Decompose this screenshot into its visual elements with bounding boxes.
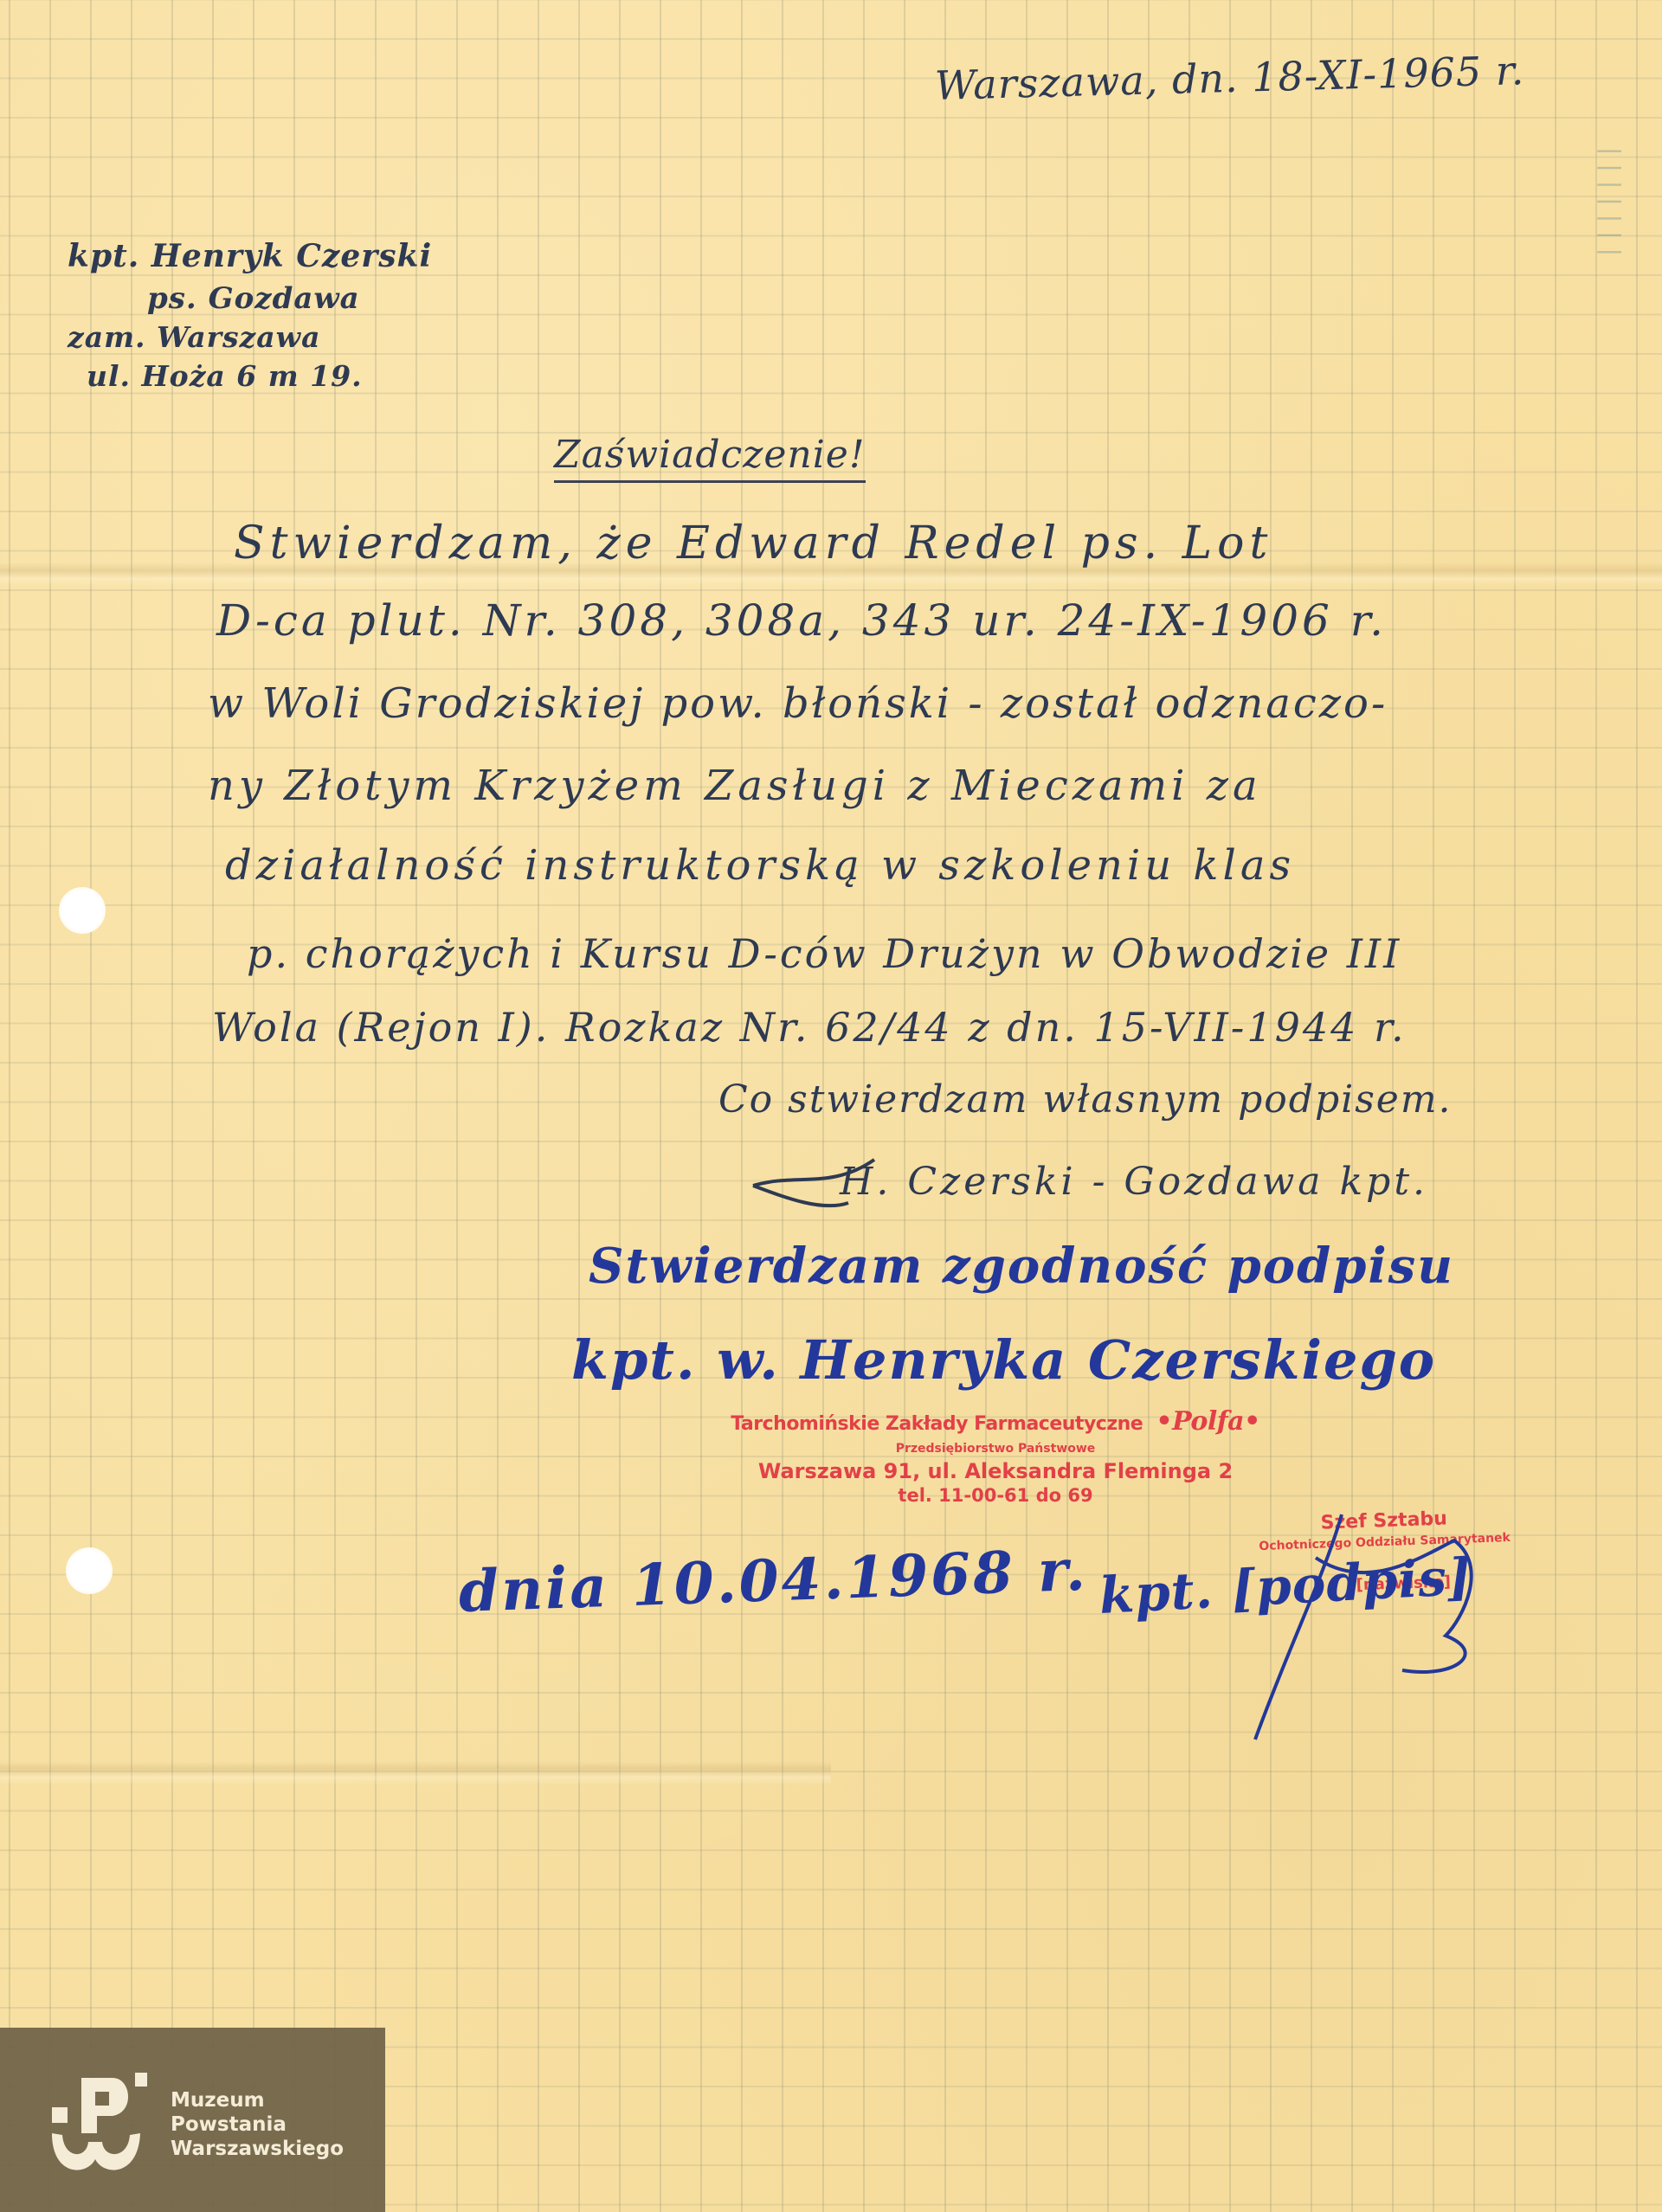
margin-pencil-marks: |||||||	[1591, 147, 1626, 476]
body-line-5: działalność instruktorską w szkoleniu kl…	[225, 841, 1295, 890]
body-line-3: w Woli Grodziskiej pow. błoński - został…	[208, 679, 1388, 728]
document-title: Zaświadczenie!	[554, 433, 866, 483]
body-line-2: D-ca plut. Nr. 308, 308a, 343 ur. 24-IX-…	[216, 595, 1387, 646]
verification-line-2: kpt. w. Henryka Czerskiego	[571, 1328, 1436, 1392]
paper-fold-lower	[0, 1761, 831, 1785]
stamp-polfa-line-4: tel. 11-00-61 do 69	[701, 1485, 1290, 1506]
stamp-polfa-line-2: Przedsiębiorstwo Państwowe	[701, 1442, 1290, 1456]
museum-name-line-2: Powstania	[171, 2112, 344, 2137]
kotwica-anchor-icon	[52, 2073, 147, 2177]
countersignature-flourish	[1229, 1506, 1506, 1748]
sender-line-3: zam. Warszawa	[68, 320, 320, 354]
polfa-stamp: Tarchomińskie Zakłady Farmaceutyczne •Po…	[701, 1406, 1290, 1506]
museum-name: Muzeum Powstania Warszawskiego	[171, 2088, 344, 2161]
sender-line-2: ps. Gozdawa	[147, 281, 360, 316]
museum-name-line-3: Warszawskiego	[171, 2137, 344, 2161]
punch-hole-top	[59, 887, 106, 934]
body-line-7: Wola (Rejon I). Rozkaz Nr. 62/44 z dn. 1…	[212, 1004, 1407, 1051]
stamp-polfa-brand: •Polfa•	[1156, 1406, 1259, 1437]
sender-line-4: ul. Hoża 6 m 19.	[87, 359, 363, 393]
sender-line-1: kpt. Henryk Czerski	[68, 238, 432, 274]
verification-line-1: Stwierdzam zgodność podpisu	[589, 1238, 1454, 1295]
author-signature: H. Czerski - Gozdawa kpt.	[840, 1160, 1428, 1204]
body-line-1: Stwierdzam, że Edward Redel ps. Lot	[234, 518, 1272, 569]
punch-hole-bottom	[66, 1547, 113, 1594]
closing-line: Co stwierdzam własnym podpisem.	[718, 1077, 1453, 1122]
body-line-4: ny Złotym Krzyżem Zasługi z Mieczami za	[208, 762, 1262, 810]
museum-name-line-1: Muzeum	[171, 2088, 344, 2112]
body-line-6: p. chorążych i Kursu D-ców Drużyn w Obwo…	[247, 930, 1401, 977]
stamp-polfa-line-1: Tarchomińskie Zakłady Farmaceutyczne	[731, 1413, 1143, 1435]
museum-watermark: Muzeum Powstania Warszawskiego	[0, 2028, 385, 2212]
stamp-polfa-line-3: Warszawa 91, ul. Aleksandra Fleminga 2	[701, 1459, 1290, 1483]
